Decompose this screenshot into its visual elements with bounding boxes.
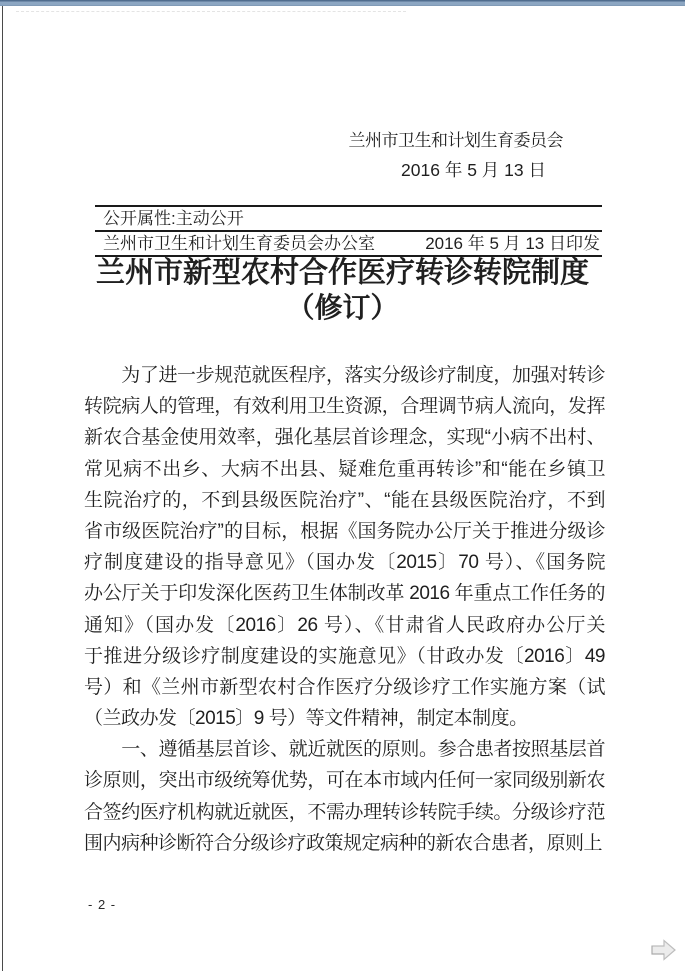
document-subtitle: （修订）: [0, 292, 685, 324]
body-line: 诊原则，突出市级统筹优势，可在本市域内任何一家同级别新农: [84, 765, 605, 796]
body-line: 围内病种诊断符合分级诊疗政策规定病种的新农合患者，原则上: [84, 828, 605, 859]
left-page-border: [2, 6, 3, 971]
body-line: 号）和《兰州市新型农村合作医疗分级诊疗工作实施方案（试行）》: [84, 672, 605, 703]
issuing-office: 兰州市卫生和计划生育委员会办公室: [103, 232, 375, 255]
body-line: 为了进一步规范就医程序，落实分级诊疗制度，加强对转诊: [84, 360, 605, 391]
body-line: 合签约医疗机构就近就医，不需办理转诊转院手续。分级诊疗范: [84, 797, 605, 828]
body-line: 疗制度建设的指导意见》（国办发〔2015〕70 号）、《国务院: [84, 547, 605, 578]
body-line: 一、遵循基层首诊、就近就医的原则。参合患者按照基层首: [84, 734, 605, 765]
body-line: 生院治疗的，不到县级医院治疗”、“能在县级医院治疗，不到: [84, 485, 605, 516]
publicity-attribute: 公开属性:主动公开: [95, 207, 602, 232]
body-line: 常见病不出乡、大病不出县、疑难危重再转诊”和“能在乡镇卫: [84, 454, 605, 485]
next-page-arrow-icon[interactable]: [651, 939, 677, 961]
body-line: 办公厅关于印发深化医药卫生体制改革 2016 年重点工作任务的: [84, 578, 605, 609]
document-body: 为了进一步规范就医程序，落实分级诊疗制度，加强对转诊转院病人的管理，有效利用卫生…: [84, 360, 605, 859]
page-number: - 2 -: [88, 897, 116, 912]
document-window: 兰州市卫生和计划生育委员会 2016 年 5 月 13 日 公开属性:主动公开 …: [0, 0, 685, 971]
body-line: 于推进分级诊疗制度建设的实施意见》（甘政办发〔2016〕49: [84, 641, 605, 672]
body-line: 新农合基金使用效率，强化基层首诊理念，实现“小病不出村、: [84, 422, 605, 453]
meta-table: 公开属性:主动公开 兰州市卫生和计划生育委员会办公室 2016 年 5 月 13…: [95, 205, 602, 257]
body-line: 转院病人的管理，有效利用卫生资源，合理调节病人流向，发挥: [84, 391, 605, 422]
window-top-bar: [0, 0, 685, 6]
body-line: （兰政办发〔2015〕9 号）等文件精神，制定本制度。: [84, 703, 605, 734]
print-date: 2016 年 5 月 13 日印发: [425, 232, 600, 255]
issuer-name: 兰州市卫生和计划生育委员会: [349, 126, 564, 151]
printing-row: 兰州市卫生和计划生育委员会办公室 2016 年 5 月 13 日印发: [95, 232, 602, 257]
document-title: 兰州市新型农村合作医疗转诊转院制度: [0, 256, 685, 290]
page-boundary-dashes: [16, 11, 406, 12]
body-line: 省市级医院治疗”的目标，根据《国务院办公厅关于推进分级诊: [84, 516, 605, 547]
issue-date: 2016 年 5 月 13 日: [401, 157, 546, 182]
body-line: 通知》（国办发〔2016〕26 号）、《甘肃省人民政府办公厅关: [84, 610, 605, 641]
